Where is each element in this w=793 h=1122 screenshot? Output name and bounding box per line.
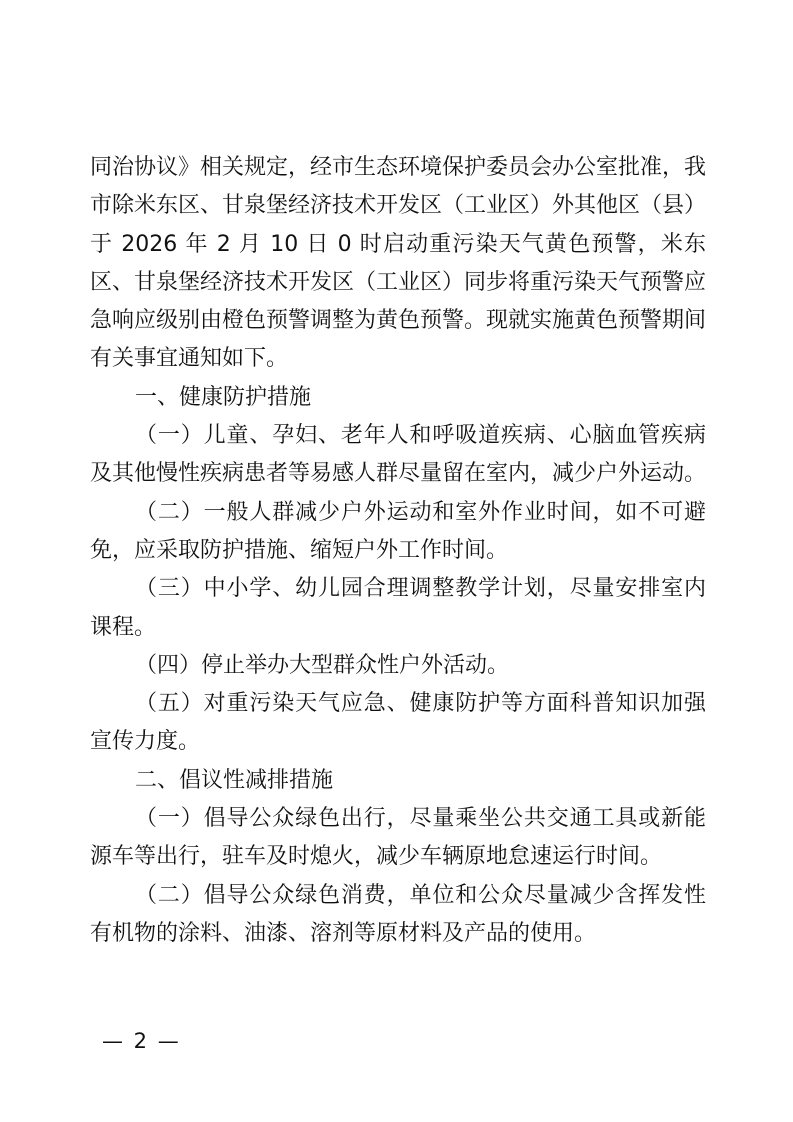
paragraph: 一、健康防护措施 <box>90 379 706 417</box>
paragraph: （二）一般人群减少户外运动和室外作业时间，如不可避免，应采取防护措施、缩短户外工… <box>90 494 706 571</box>
paragraph: （四）停止举办大型群众性户外活动。 <box>90 647 706 685</box>
paragraph: （三）中小学、幼儿园合理调整教学计划，尽量安排室内课程。 <box>90 570 706 647</box>
document-page: 同治协议》相关规定，经市生态环境保护委员会办公室批准，我市除米东区、甘泉堡经济技… <box>0 0 793 1122</box>
document-body: 同治协议》相关规定，经市生态环境保护委员会办公室批准，我市除米东区、甘泉堡经济技… <box>90 149 706 953</box>
paragraph: 同治协议》相关规定，经市生态环境保护委员会办公室批准，我市除米东区、甘泉堡经济技… <box>90 149 706 379</box>
page-number: — 2 — <box>102 1029 181 1053</box>
paragraph: （二）倡导公众绿色消费，单位和公众尽量减少含挥发性有机物的涂料、油漆、溶剂等原材… <box>90 877 706 954</box>
paragraph: （一）儿童、孕妇、老年人和呼吸道疾病、心脑血管疾病及其他慢性疾病患者等易感人群尽… <box>90 417 706 494</box>
paragraph: （一）倡导公众绿色出行，尽量乘坐公共交通工具或新能源车等出行，驻车及时熄火，减少… <box>90 800 706 877</box>
paragraph: （五）对重污染天气应急、健康防护等方面科普知识加强宣传力度。 <box>90 685 706 762</box>
paragraph: 二、倡议性减排措施 <box>90 762 706 800</box>
